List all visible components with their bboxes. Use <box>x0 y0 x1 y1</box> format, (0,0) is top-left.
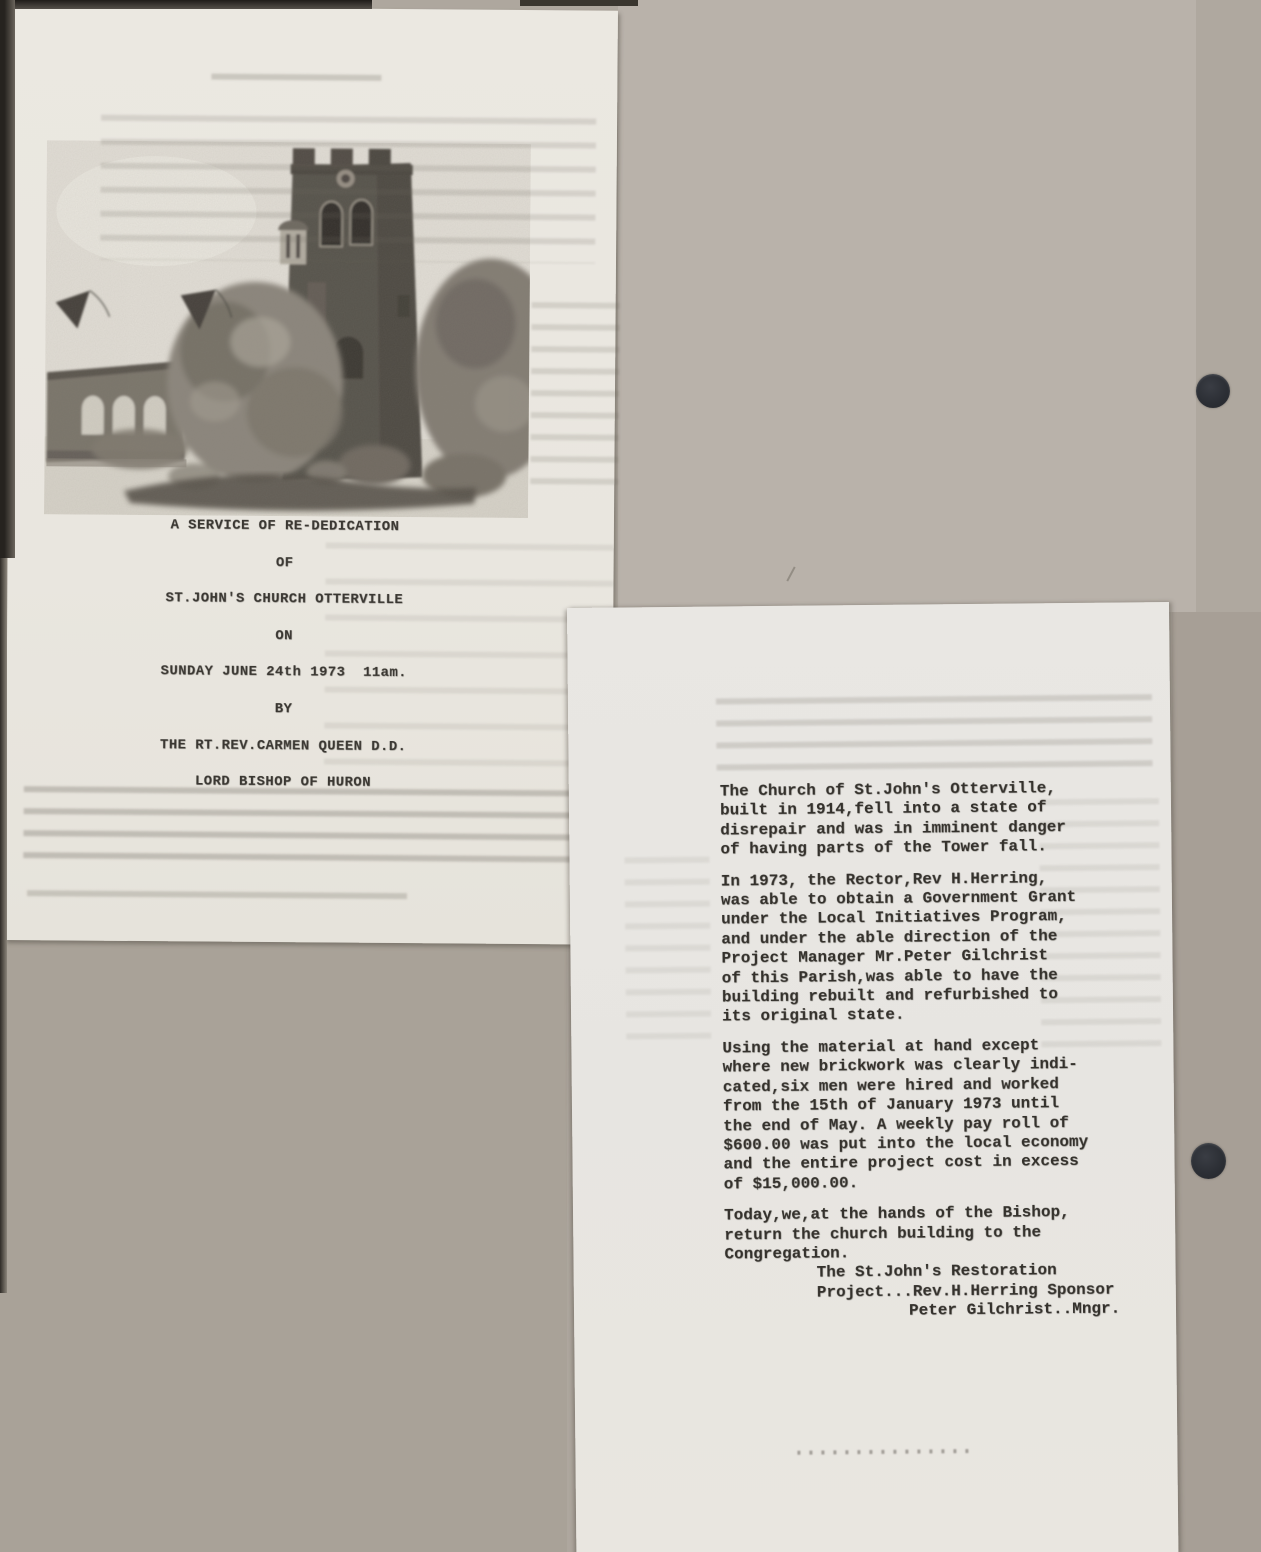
album-background-top-right <box>618 0 1196 612</box>
service-program-sheet: A SERVICE OF RE-DEDICATION OF ST.JOHN'S … <box>5 6 618 945</box>
typed-line: its original state. <box>722 1004 1152 1028</box>
paragraph: In 1973, the Rector,Rev H.Herring, was a… <box>721 868 1153 1028</box>
title-line: THE RT.REV.CARMEN QUEEN D.D. <box>6 726 560 767</box>
restoration-note-sheet: The Church of St.John's Otterville, buil… <box>567 602 1178 1552</box>
binder-hole-top <box>1196 374 1230 408</box>
album-background-right-band <box>1196 0 1261 612</box>
scrapbook-page: A SERVICE OF RE-DEDICATION OF ST.JOHN'S … <box>0 0 1261 1552</box>
title-line: LORD BISHOP OF HURON <box>6 762 560 803</box>
bleed-through-text <box>624 857 711 1048</box>
typed-line: of $15,000.00. <box>724 1171 1154 1195</box>
album-edge-top <box>0 0 372 9</box>
paragraph: Using the material at hand except where … <box>722 1035 1154 1195</box>
bleed-through-dots <box>797 1449 972 1455</box>
bleed-through-text <box>530 302 620 498</box>
bleed-through-text <box>716 694 1153 786</box>
paragraph: The Church of St.John's Otterville, buil… <box>720 778 1151 860</box>
bleed-through-text <box>27 890 407 905</box>
service-title-block: A SERVICE OF RE-DEDICATION OF ST.JOHN'S … <box>6 506 562 803</box>
title-line: ST.JOHN'S CHURCH OTTERVILLE <box>7 579 561 620</box>
bleed-through-text <box>100 115 596 264</box>
typed-line: of having parts of the Tower fall. <box>720 836 1150 860</box>
album-edge-left <box>0 0 15 558</box>
title-line: ON <box>7 616 561 657</box>
title-line: A SERVICE OF RE-DEDICATION <box>8 506 562 547</box>
restoration-note-text: The Church of St.John's Otterville, buil… <box>720 778 1155 1323</box>
title-line: SUNDAY JUNE 24th 1973 11am. <box>7 652 561 693</box>
signature-block: The St.John's Restoration Project...Rev.… <box>725 1261 1156 1323</box>
title-line: OF <box>7 543 561 584</box>
title-line: BY <box>6 689 560 730</box>
signature-line: Peter Gilchrist..Mngr. <box>725 1299 1155 1323</box>
binder-hole-bottom <box>1191 1143 1226 1179</box>
paragraph: Today,we,at the hands of the Bishop, ret… <box>724 1202 1155 1264</box>
album-background-right-lower <box>1172 612 1261 1552</box>
album-edge-top <box>520 0 638 6</box>
album-edge-left <box>0 558 7 1293</box>
bleed-through-text <box>211 74 381 97</box>
album-background-bottom-left <box>0 938 567 1552</box>
